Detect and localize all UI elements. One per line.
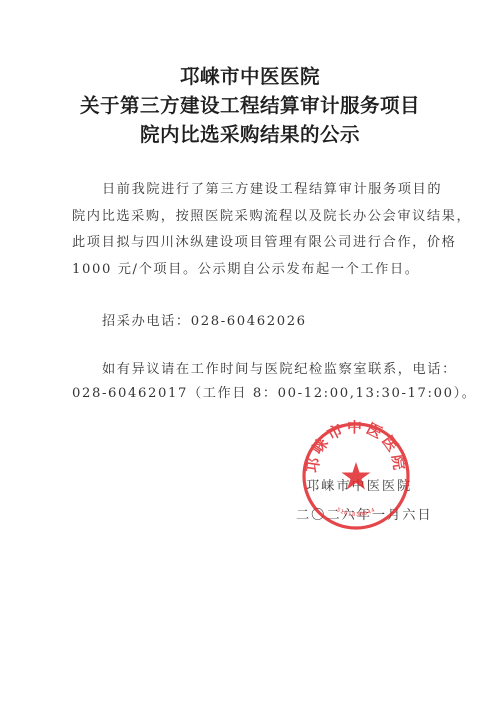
objection-line: 如有异议请在工作时间与医院纪检监察室联系，电话： (72, 358, 442, 382)
signature-date: 二〇二六年一月六日 (296, 505, 433, 527)
signature-organization: 邛崃市中医医院 (306, 476, 412, 498)
document-page: 邛崃市中医医院 关于第三方建设工程结算审计服务项目 院内比选采购结果的公示 日前… (0, 0, 500, 707)
svg-text:邛崃市中医医院: 邛崃市中医医院 (303, 420, 409, 474)
title-line-subject: 关于第三方建设工程结算审计服务项目 (0, 91, 500, 120)
document-title: 邛崃市中医医院 关于第三方建设工程结算审计服务项目 院内比选采购结果的公示 (0, 62, 500, 149)
body-line: 此项目拟与四川沐纵建设项目管理有限公司进行合作，价格 (72, 230, 432, 257)
title-line-organization: 邛崃市中医医院 (0, 62, 500, 91)
body-line: 院内比选采购，按照医院采购流程以及院长办公会审议结果， (72, 204, 432, 231)
body-line: 1000 元/个项目。公示期自公示发布起一个工作日。 (72, 257, 432, 284)
announcement-body: 日前我院进行了第三方建设工程结算审计服务项目的 院内比选采购，按照医院采购流程以… (72, 177, 432, 283)
objection-line: 028-60462017（工作日 8：00-12:00,13:30-17:00）… (72, 382, 442, 406)
objection-contact: 如有异议请在工作时间与医院纪检监察室联系，电话： 028-60462017（工作… (72, 358, 442, 406)
body-line: 日前我院进行了第三方建设工程结算审计服务项目的 (72, 177, 432, 204)
title-line-announcement: 院内比选采购结果的公示 (0, 120, 500, 149)
procurement-phone: 招采办电话：028-60462026 (102, 310, 307, 334)
